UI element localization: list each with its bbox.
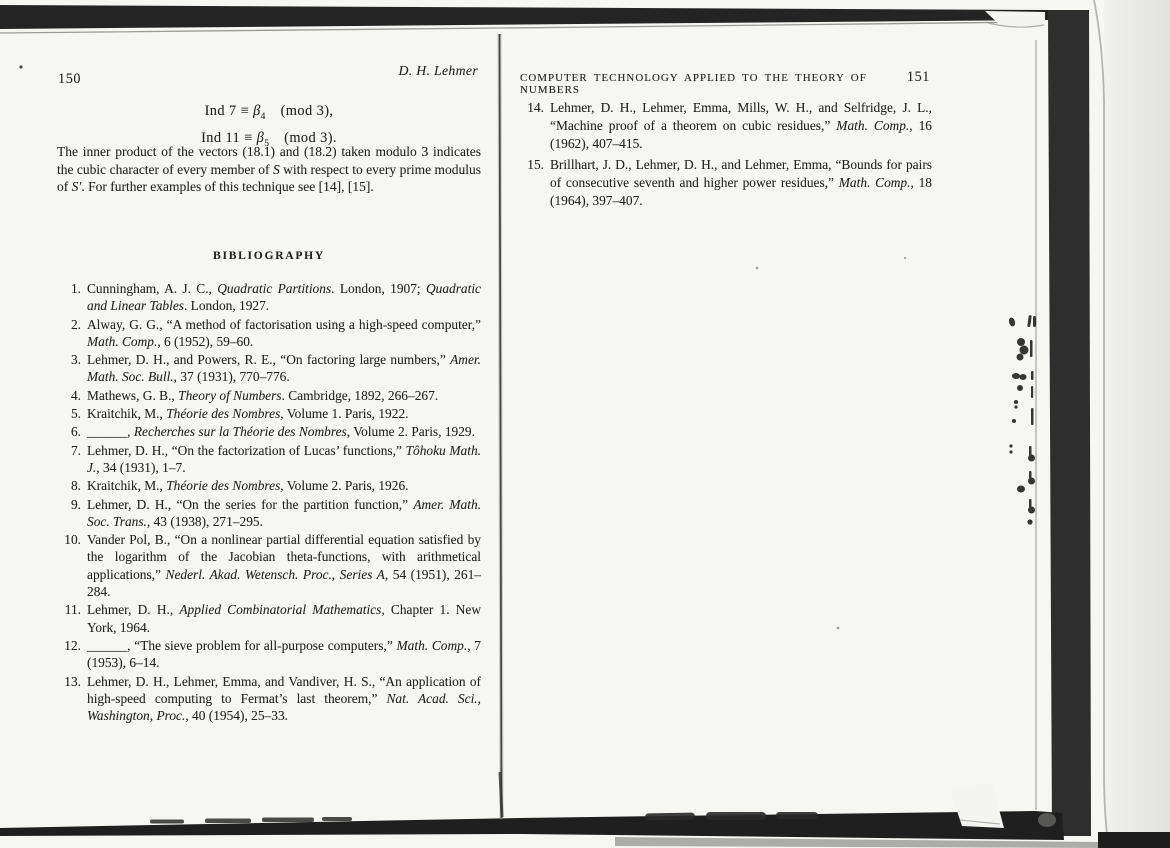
reference-text: ______, Recherches sur la Théorie des No… (87, 423, 481, 440)
page-number-right: 151 (907, 69, 932, 86)
reference-item: 10. Vander Pol, B., “On a nonlinear part… (57, 531, 481, 600)
reference-text: Alway, G. G., “A method of factorisation… (87, 316, 481, 351)
reference-item: 2. Alway, G. G., “A method of factorisat… (57, 316, 481, 351)
reference-text: Vander Pol, B., “On a nonlinear partial … (87, 531, 481, 600)
reference-item: 5. Kraitchik, M., Théorie des Nombres, V… (57, 405, 481, 422)
reference-text: Mathews, G. B., Theory of Numbers. Cambr… (87, 387, 481, 404)
bottom-right-band (1098, 832, 1170, 848)
reference-number: 6. (57, 423, 87, 440)
reference-item: 12. ______, “The sieve problem for all-p… (57, 637, 481, 672)
reference-number: 13. (57, 673, 87, 725)
reference-text: Lehmer, D. H., Applied Combinatorial Mat… (87, 601, 481, 636)
reference-number: 12. (57, 637, 87, 672)
bibliography-heading: BIBLIOGRAPHY (57, 249, 481, 262)
running-header-left: D. H. Lehmer (399, 63, 478, 79)
reference-item: 13. Lehmer, D. H., Lehmer, Emma, and Van… (57, 673, 481, 725)
reference-text: Lehmer, D. H., and Powers, R. E., “On fa… (87, 351, 481, 386)
reference-number: 5. (57, 405, 87, 422)
reference-item: 6. ______, Recherches sur la Théorie des… (57, 423, 481, 440)
reference-number: 2. (57, 316, 87, 351)
reference-number: 10. (57, 531, 87, 600)
reference-text: Lehmer, D. H., “On the factorization of … (87, 442, 481, 477)
reference-text: Brillhart, J. D., Lehmer, D. H., and Leh… (550, 156, 932, 209)
reference-number: 3. (57, 351, 87, 386)
book-scan: 150 D. H. Lehmer Ind 7 ≡ β4 (mod 3), Ind… (0, 0, 1170, 848)
reference-number: 9. (57, 496, 87, 531)
reference-item: 11. Lehmer, D. H., Applied Combinatorial… (57, 601, 481, 636)
reference-number: 11. (57, 601, 87, 636)
scanner-backdrop (1104, 0, 1170, 848)
equation-line: Ind 7 ≡ β4 (mod 3), (57, 98, 481, 125)
reference-text: Kraitchik, M., Théorie des Nombres, Volu… (87, 477, 481, 494)
body-paragraph: The inner product of the vectors (18.1) … (57, 143, 481, 196)
reference-number: 7. (57, 442, 87, 477)
reference-number: 15. (520, 156, 550, 209)
bibliography-list-continued: 14. Lehmer, D. H., Lehmer, Emma, Mills, … (520, 99, 932, 214)
reference-number: 8. (57, 477, 87, 494)
right-page: COMPUTER TECHNOLOGY APPLIED TO THE THEOR… (520, 0, 932, 848)
reference-text: Cunningham, A. J. C., Quadratic Partitio… (87, 280, 481, 315)
reference-item: 8. Kraitchik, M., Théorie des Nombres, V… (57, 477, 481, 494)
reference-text: ______, “The sieve problem for all-purpo… (87, 637, 481, 672)
reference-item: 14. Lehmer, D. H., Lehmer, Emma, Mills, … (520, 99, 932, 152)
reference-item: 15. Brillhart, J. D., Lehmer, D. H., and… (520, 156, 932, 209)
reference-number: 1. (57, 280, 87, 315)
reference-item: 4. Mathews, G. B., Theory of Numbers. Ca… (57, 387, 481, 404)
left-page: 150 D. H. Lehmer Ind 7 ≡ β4 (mod 3), Ind… (57, 0, 481, 848)
running-header-right: COMPUTER TECHNOLOGY APPLIED TO THE THEOR… (520, 70, 907, 96)
page-number-left: 150 (58, 71, 81, 88)
reference-item: 7. Lehmer, D. H., “On the factorization … (57, 442, 481, 477)
reference-text: Kraitchik, M., Théorie des Nombres, Volu… (87, 405, 481, 422)
reference-item: 1. Cunningham, A. J. C., Quadratic Parti… (57, 280, 481, 315)
bibliography-list: 1. Cunningham, A. J. C., Quadratic Parti… (57, 280, 481, 725)
running-header-row: COMPUTER TECHNOLOGY APPLIED TO THE THEOR… (520, 69, 932, 96)
reference-item: 9. Lehmer, D. H., “On the series for the… (57, 496, 481, 531)
reference-number: 14. (520, 99, 550, 152)
reference-text: Lehmer, D. H., Lehmer, Emma, and Vandive… (87, 673, 481, 725)
reference-text: Lehmer, D. H., “On the series for the pa… (87, 496, 481, 531)
reference-text: Lehmer, D. H., Lehmer, Emma, Mills, W. H… (550, 99, 932, 152)
reference-item: 3. Lehmer, D. H., and Powers, R. E., “On… (57, 351, 481, 386)
reference-number: 4. (57, 387, 87, 404)
